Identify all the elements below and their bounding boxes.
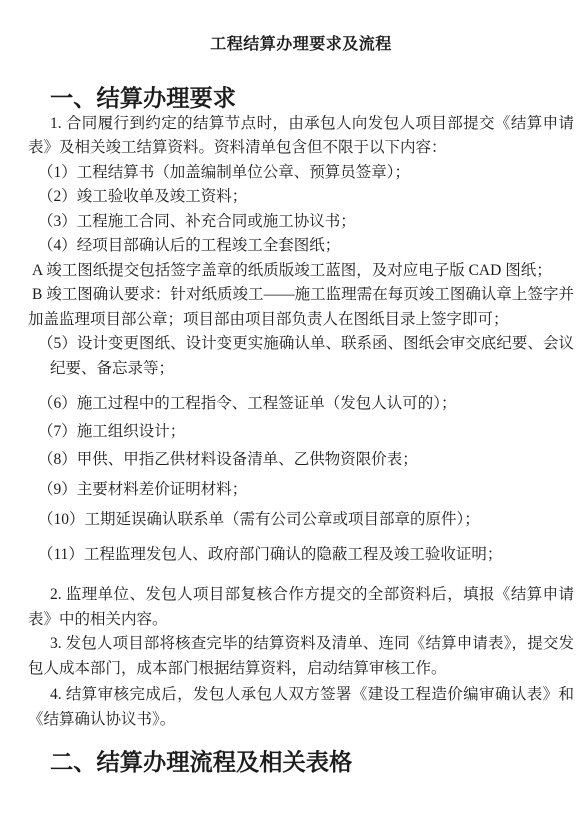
list-item-7: （7）施工组织设计； [28,420,574,445]
paragraph-2: 2. 监理单位、发包人项目部复核合作方提交的全部资料后，填报《结算申请表》中的相… [28,583,574,632]
paragraph-1: 1. 合同履行到约定的结算节点时，由承包人向发包人项目部提交《结算申请表》及相关… [28,112,574,161]
note-b: B 竣工图确认要求：针对纸质竣工——施工监理需在每页竣工图确认章上签字并加盖监理… [28,283,574,332]
section-heading-1: 一、结算办理要求 [28,87,574,112]
section-heading-2: 二、结算办理流程及相关表格 [28,751,574,776]
list-item-8: （8）甲供、甲指乙供材料设备清单、乙供物资限价表； [28,448,574,473]
list-item-5: （5）设计变更图纸、设计变更实施确认单、联系函、图纸会审交底纪要、会议纪要、备忘… [50,332,574,381]
list-item-11: （11）工程监理发包人、政府部门确认的隐蔽工程及竣工验收证明； [28,543,574,568]
list-item-9: （9）主要材料差价证明材料； [28,478,574,503]
list-item-6: （6）施工过程中的工程指令、工程签证单（发包人认可的）； [28,392,574,417]
list-item-2: （2）竣工验收单及竣工资料； [28,185,574,210]
list-item-1: （1）工程结算书（加盖编制单位公章、预算员签章）； [28,161,574,186]
paragraph-3: 3. 发包人项目部将核查完毕的结算资料及清单、连同《结算申请表》，提交发包人成本… [28,632,574,681]
note-a: A 竣工图纸提交包括签字盖章的纸质版竣工蓝图，及对应电子版 CAD 图纸； [28,259,574,284]
document-title: 工程结算办理要求及流程 [28,33,574,57]
paragraph-4: 4. 结算审核完成后，发包人承包人双方签署《建设工程造价编审确认表》和《结算确认… [28,683,574,732]
list-item-4: （4）经项目部确认后的工程竣工全套图纸； [28,234,574,259]
document-page: 工程结算办理要求及流程 一、结算办理要求 1. 合同履行到约定的结算节点时，由承… [0,0,587,838]
list-item-10: （10）工期延误确认联系单（需有公司公章或项目部章的原件）； [28,508,574,533]
list-item-3: （3）工程施工合同、补充合同或施工协议书； [28,210,574,235]
